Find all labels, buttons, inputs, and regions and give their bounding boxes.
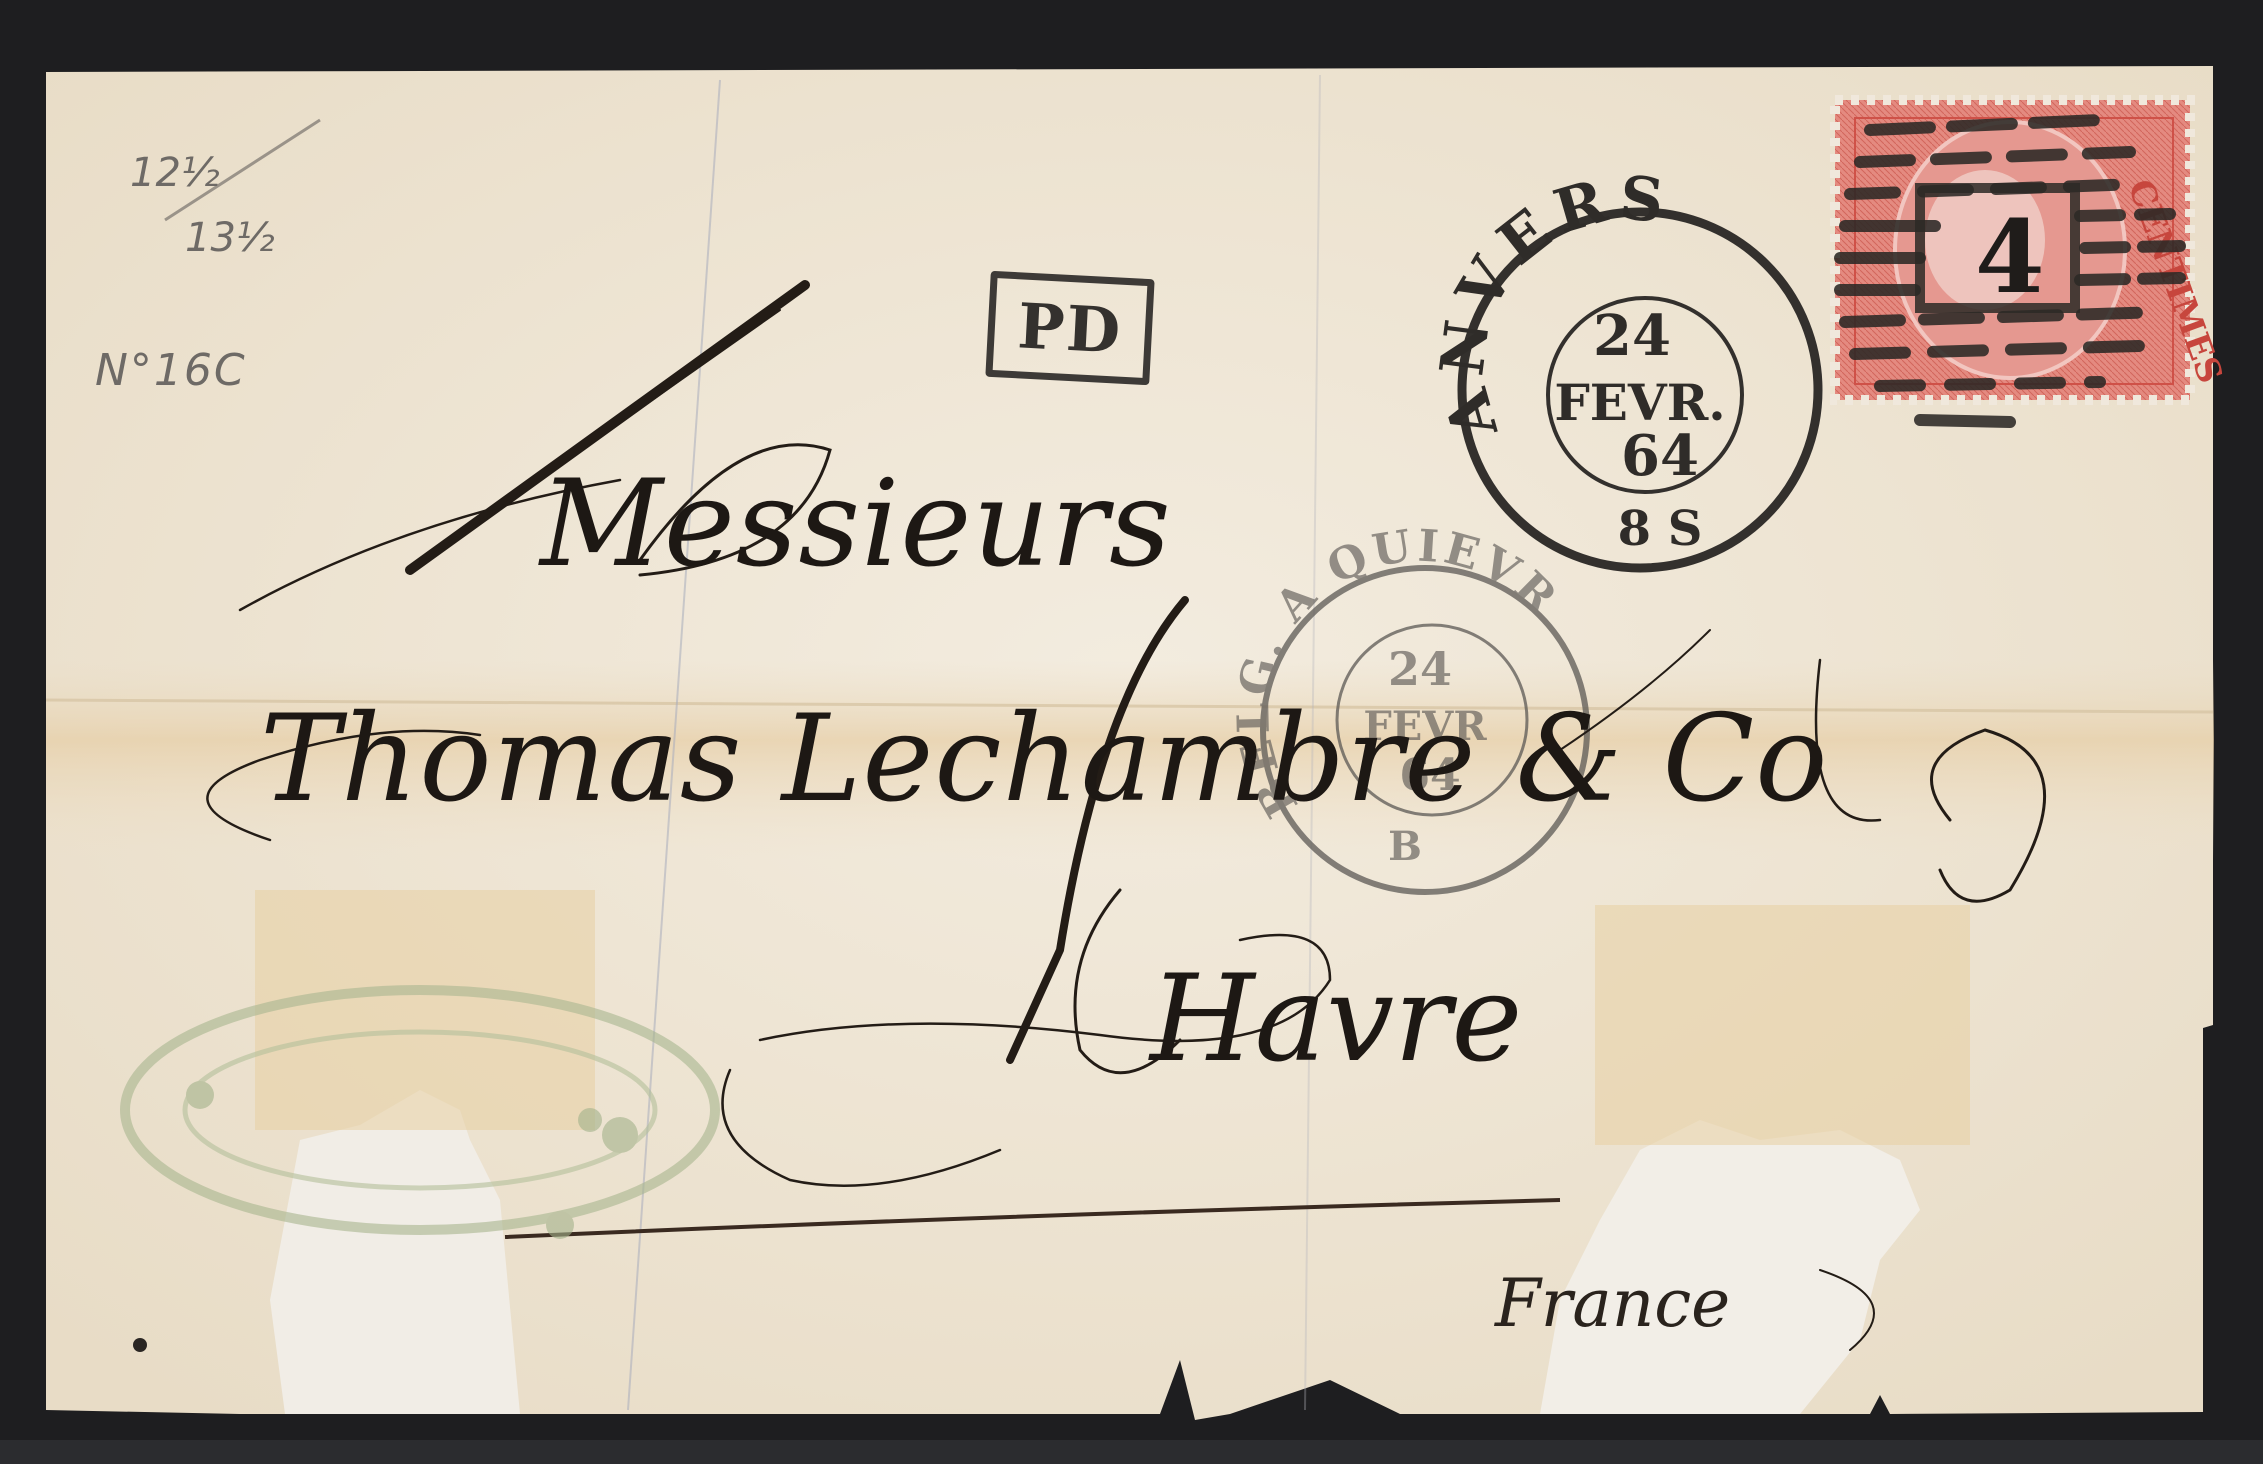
pencil-catalogue-number: N°16C: [95, 345, 247, 396]
postmark-time: 8 S: [1618, 501, 1703, 557]
postmark-day: 24: [1593, 303, 1671, 369]
cancel-numeral: 4: [1975, 198, 2045, 316]
transit-letter: B: [1388, 823, 1422, 870]
address-addressee: Thomas Lechambre & Co: [260, 690, 1829, 829]
address-city: Havre: [1150, 950, 1522, 1089]
ink-dot: [133, 1338, 147, 1352]
pd-handstamp: PD: [985, 271, 1154, 385]
scene: CENTIMES 4: [0, 0, 2263, 1464]
address-country: France: [1495, 1265, 1730, 1342]
postmark-year: 64: [1621, 423, 1699, 489]
pd-text: PD: [1016, 289, 1124, 367]
transit-day: 24: [1388, 642, 1452, 696]
postage-stamp: CENTIMES 4: [1835, 100, 2230, 422]
pencil-fraction-top: 12½: [130, 150, 220, 196]
pencil-fraction-bottom: 13½: [185, 215, 275, 261]
address-salutation: Messieurs: [540, 455, 1172, 594]
scan-bed-edge: [0, 1440, 2263, 1464]
